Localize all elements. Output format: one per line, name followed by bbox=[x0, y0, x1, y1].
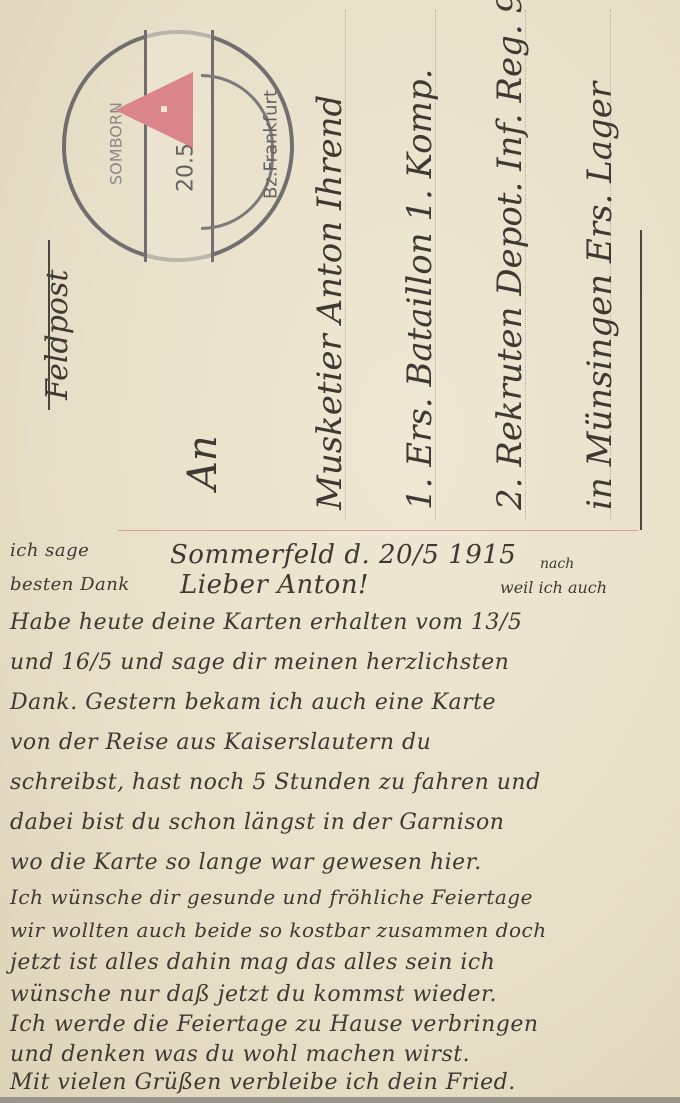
message-line: Habe heute deine Karten erhalten vom 13/… bbox=[10, 610, 522, 635]
message-line: wir wollten auch beide so kostbar zusamm… bbox=[10, 918, 547, 942]
message-line: Ich werde die Feiertage zu Hause verbrin… bbox=[10, 1012, 539, 1037]
message-line: und denken was du wohl machen wirst. bbox=[10, 1042, 470, 1067]
divider-line bbox=[118, 530, 638, 531]
address-line-1: Musketier Anton Ihrend bbox=[310, 95, 350, 510]
margin-note: ich sage bbox=[10, 540, 89, 561]
address-underline bbox=[640, 230, 642, 530]
message-line: wo die Karte so lange war gewesen hier. bbox=[10, 850, 482, 875]
address-line-3: 2. Rekruten Depot. Inf. Reg. 97 bbox=[490, 0, 530, 510]
postcard: SOMBORN 20.5.15. Bz.Frankfurt Feldpost A… bbox=[0, 0, 680, 1097]
insert-note: nach bbox=[540, 556, 574, 572]
message-line: von der Reise aus Kaiserslautern du bbox=[10, 730, 431, 755]
address-line-2: 1. Ers. Bataillon 1. Komp. bbox=[400, 69, 440, 510]
message-line: schreibst, hast noch 5 Stunden zu fahren… bbox=[10, 770, 541, 795]
triangle-stamp-center bbox=[161, 106, 167, 112]
side-note: weil ich auch bbox=[500, 578, 607, 597]
message-line: Dank. Gestern bekam ich auch eine Karte bbox=[10, 690, 496, 715]
message-line: Mit vielen Grüßen verbleibe ich dein Fri… bbox=[10, 1070, 516, 1095]
triangle-stamp-icon bbox=[115, 72, 193, 148]
scan-edge bbox=[0, 1097, 680, 1103]
place-date: Sommerfeld d. 20/5 1915 bbox=[170, 540, 516, 570]
address-line-4: in Münsingen Ers. Lager bbox=[580, 82, 620, 510]
feldpost-underline bbox=[48, 240, 50, 410]
margin-note: besten Dank bbox=[10, 574, 130, 595]
message-line: dabei bist du schon längst in der Garnis… bbox=[10, 810, 504, 835]
message-line: wünsche nur daß jetzt du kommst wieder. bbox=[10, 982, 497, 1007]
salutation: Lieber Anton! bbox=[180, 570, 369, 600]
message-line: Ich wünsche dir gesunde und fröhliche Fe… bbox=[10, 885, 533, 909]
message-line: und 16/5 und sage dir meinen herzlichste… bbox=[10, 650, 509, 675]
message-line: jetzt ist alles dahin mag das alles sein… bbox=[10, 950, 495, 975]
postmark-office: Bz.Frankfurt bbox=[261, 65, 282, 225]
an-label: An bbox=[180, 435, 226, 490]
feldpost-label: Feldpost bbox=[40, 270, 75, 400]
